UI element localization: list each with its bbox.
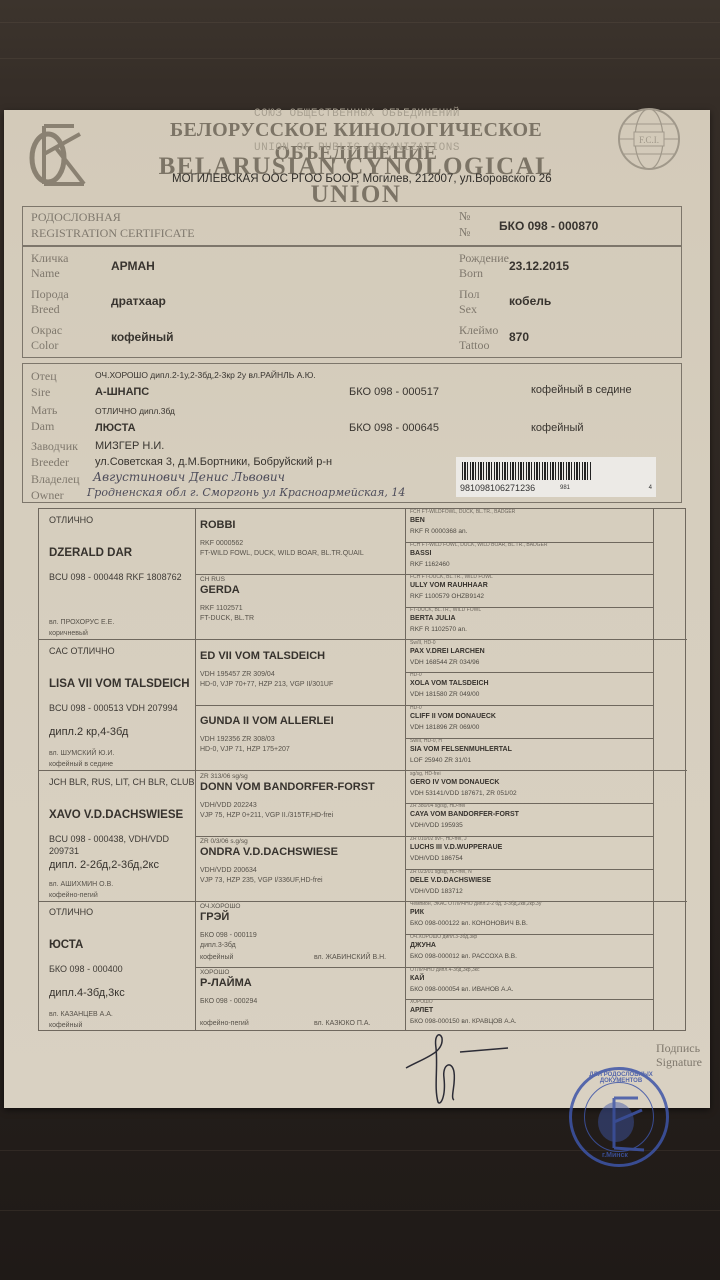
great-grandparent-name: ONDRA V.D.DACHSWIESE: [200, 846, 338, 858]
owner-label-en: Owner: [31, 488, 64, 503]
cert-title-ru: РОДОСЛОВНАЯ: [31, 210, 121, 225]
g3-name: BERTA JULIA: [410, 615, 456, 622]
g3-name: BEN: [410, 517, 425, 524]
dam-label-en: Dam: [31, 419, 54, 434]
grandparent-titles: ОТЛИЧНО: [49, 515, 93, 525]
g3-name: CLIFF II VOM DONAUECK: [410, 713, 496, 720]
g3-title: HD-0: [410, 705, 422, 711]
great-grandparent-title: ХОРОШО: [200, 968, 229, 977]
grandparent-name: XAVO V.D.DACHSWIESE: [49, 809, 183, 821]
owner-label: Владелец: [31, 472, 80, 487]
grandparent-owner: вл. ШУМСКИЙ Ю.И.: [49, 748, 114, 759]
great-grandparent-color: кофейный: [200, 953, 233, 963]
grandparent-diploma: дипл.2 кр,4-3бд: [49, 726, 128, 738]
address: МОГИЛЕВСКАЯ ООС РГОО БООР, Могилев, 2120…: [172, 173, 552, 185]
g3-name: SIA VOM FELSENMUHLERTAL: [410, 746, 512, 753]
great-grandparent-reg: БКО 098 - 000294: [200, 997, 257, 1007]
great-grandparent-owner: вл. ЖАБИНСКИЙ В.Н.: [314, 953, 386, 963]
great-grandparent-name: ГРЭЙ: [200, 911, 229, 923]
g3-reg: VDH 168544 ZR 034/96: [410, 659, 479, 666]
great-grandparent-info: VJP 73, HZP 235, VGP I/336UF,HD-frei: [200, 876, 323, 886]
sire-reg: БКО 098 - 000517: [349, 386, 439, 398]
great-grandparent-reg: VDH 195457 ZR 309/04: [200, 670, 275, 680]
grandparent-reg: BCU 098 - 000438, VDH/VDD 209731: [49, 833, 189, 857]
g3-title: sg/sg, HD-frei: [410, 771, 441, 777]
great-grandparent-info: HD-0, VJP 71, HZP 175+207: [200, 745, 290, 755]
g3-name: LUCHS III V.D.WUPPERAUE: [410, 844, 502, 851]
great-grandparent-reg: RKF 0000562: [200, 539, 243, 549]
dam-color: кофейный: [531, 422, 584, 434]
tattoo-label-en: Tattoo: [459, 338, 490, 353]
g3-reg: VDH/VDD 183712: [410, 888, 463, 895]
grandparent-color: кофейный: [49, 1020, 82, 1031]
g3-title: ОТЛИЧНО дипл.4-3бд,3кр,3кс: [410, 967, 480, 973]
certificate-number: БКО 098 - 000870: [499, 219, 598, 233]
owner-name-handwritten: Августинович Денис Львович: [93, 470, 285, 484]
g3-title: Sw/II, HD-0: [410, 640, 436, 646]
grandparent-reg: BCU 098 - 000448 RKF 1808762: [49, 571, 189, 583]
svg-text:F.C.I.: F.C.I.: [639, 135, 659, 145]
g3-reg: LOF 25940 ZR 31/01: [410, 757, 471, 764]
grandparent-diploma: дипл.4-3бд,3кс: [49, 987, 125, 999]
grandparent-diploma: дипл. 2-2бд,2-3бд,2кс: [49, 859, 159, 871]
name-label: Кличка: [31, 251, 68, 266]
official-stamp: ДЛЯ РОДОСЛОВНЫХ ДОКУМЕНТОВ г.Минск: [569, 1067, 669, 1167]
dog-sex: кобель: [509, 294, 551, 308]
dog-info-box: Кличка Name АРМАН Порода Breed дратхаар …: [22, 246, 682, 358]
grandparent-titles: JCH BLR, RUS, LIT, CH BLR, CLUB: [49, 777, 195, 787]
sire-titles: ОЧ.ХОРОШО дипл.2-1у,2-3бд,2-3кр 2у вл.РА…: [95, 370, 316, 380]
g3-reg: БКО 098-000122 вл. КОНОНОВИЧ В.В.: [410, 920, 528, 927]
g3-title: FCH FT-DUCK, BL.TR., WILD FOWL: [410, 574, 493, 580]
fci-globe-icon: F.C.I.: [616, 106, 682, 172]
signature-label: Подпись: [656, 1041, 700, 1055]
g3-name: PAX V.DREI LARCHEN: [410, 648, 485, 655]
g3-reg: VDH 53141/VDD 187671, ZR 051/02: [410, 790, 517, 797]
cert-title-en: REGISTRATION CERTIFICATE: [31, 226, 195, 241]
g3-name: ДЖУНА: [410, 942, 436, 949]
grandparent-name: DZERALD DAR: [49, 547, 132, 559]
breeder-address: ул.Советская 3, д.М.Бортники, Бобруйский…: [95, 456, 332, 468]
great-grandparent-name: ROBBI: [200, 519, 235, 531]
dam-reg: БКО 098 - 000645: [349, 422, 439, 434]
grandparent-name: ЮСТА: [49, 939, 83, 951]
g3-name: ULLY VOM RAUHHAAR: [410, 582, 488, 589]
dam-name: ЛЮСТА: [95, 422, 136, 434]
great-grandparent-info: FT-DUCK, BL.TR: [200, 614, 254, 624]
signature-label-en: Signature: [656, 1055, 702, 1069]
born-label-en: Born: [459, 266, 483, 281]
g3-reg: RKF 1162460: [410, 561, 450, 568]
great-grandparent-name: GERDA: [200, 584, 240, 596]
pedigree-table: ОТЛИЧНОDZERALD DARBCU 098 - 000448 RKF 1…: [38, 508, 686, 1031]
great-grandparent-info: дипл.3-3бд: [200, 941, 236, 951]
g3-title: HD-0: [410, 672, 422, 678]
g3-reg: БКО 098-000054 вл. ИВАНОВ А.А.: [410, 986, 513, 993]
g3-title: FT-DUCK, BL.TR., WILD FOWL: [410, 607, 481, 613]
g3-reg: VDH 181580 ZR 049/00: [410, 691, 479, 698]
dog-color: кофейный: [111, 330, 173, 344]
great-grandparent-info: FT-WILD FOWL, DUCK, WILD BOAR, BL.TR.QUA…: [200, 549, 364, 559]
microchip-barcode: 981098106271236 981 4: [456, 457, 656, 497]
g3-name: КАЙ: [410, 975, 424, 982]
breeder-name: МИЗГЕР Н.И.: [95, 440, 164, 452]
g3-reg: VDH/VDD 186754: [410, 855, 463, 862]
g3-name: XOLA VOM TALSDEICH: [410, 680, 489, 687]
g3-reg: VDH 181896 ZR 069/00: [410, 724, 479, 731]
color-label-en: Color: [31, 338, 58, 353]
breeder-label: Заводчик: [31, 439, 78, 454]
g3-name: CAYA VOM BANDORFER-FORST: [410, 811, 519, 818]
great-grandparent-title: ОЧ.ХОРОШО: [200, 902, 241, 911]
certificate-header-box: РОДОСЛОВНАЯ REGISTRATION CERTIFICATE № №…: [22, 206, 682, 246]
sire-color: кофейный в седине: [531, 384, 632, 396]
great-grandparent-name: GUNDA II VOM ALLERLEI: [200, 715, 334, 727]
g3-reg: RKF 1100579 OHZB9142: [410, 593, 484, 600]
breeder-label-en: Breeder: [31, 455, 69, 470]
great-grandparent-reg: VDH 192356 ZR 308/03: [200, 735, 275, 745]
grandparent-reg: BCU 098 - 000513 VDH 207994: [49, 702, 189, 714]
g3-title: FCH FT-WILDFOWL, DUCK, BL.TR., BADGER: [410, 509, 515, 515]
sire-name: А-ШНАПС: [95, 386, 149, 398]
g3-title: FCH FT-WILD FOWL, DUCK, WILD BOAR, BL.TR…: [410, 542, 548, 548]
g3-title: ZR 023/01 sg/sg, HD-frei, N: [410, 869, 472, 875]
grandparent-owner: вл. КАЗАНЦЕВ А.А.: [49, 1009, 113, 1020]
born-label: Рождение: [459, 251, 509, 266]
grandparent-owner: вл. АШИХМИН О.В.: [49, 879, 113, 890]
grandparent-color: кофейный в седине: [49, 759, 113, 770]
barcode-bars-icon: [462, 462, 592, 480]
dog-tattoo: 870: [509, 330, 529, 344]
breed-label: Порода: [31, 287, 69, 302]
sex-label: Пол: [459, 287, 480, 302]
g3-reg: БКО 098-000150 вл. КРАВЦОВ А.А.: [410, 1018, 517, 1025]
grandparent-titles: CAC ОТЛИЧНО: [49, 646, 115, 656]
g3-title: ХОРОШО: [410, 999, 433, 1005]
great-grandparent-reg: VDH/VDD 200634: [200, 866, 257, 876]
sire-label: Отец: [31, 369, 57, 384]
grandparent-owner: вл. ПРОХОРУС Е.Е.: [49, 617, 114, 628]
g3-title: Sw/II, HD-0, H: [410, 738, 442, 744]
g3-reg: RKF R 1102570 an.: [410, 626, 467, 633]
name-label-en: Name: [31, 266, 60, 281]
dog-name: АРМАН: [111, 259, 155, 273]
grandparent-color: кофейно-пегий: [49, 890, 98, 901]
great-grandparent-info: HD-0, VJP 70+77, HZP 213, VGP II/301UF: [200, 680, 333, 690]
great-grandparent-name: Р-ЛАЙМА: [200, 977, 252, 989]
great-grandparent-color: кофейно-пегий: [200, 1019, 249, 1029]
dog-born: 23.12.2015: [509, 259, 569, 273]
great-grandparent-title: ZR 0/3/06 s.g/sg: [200, 837, 248, 846]
tattoo-label: Клеймо: [459, 323, 498, 338]
g3-name: РИК: [410, 909, 424, 916]
g3-reg: БКО 098-000012 вл. РАССОХА В.В.: [410, 953, 517, 960]
great-grandparent-reg: VDH/VDD 202243: [200, 801, 257, 811]
g3-reg: RKF R 0000368 an.: [410, 528, 467, 535]
grandparent-reg: БКО 098 - 000400: [49, 963, 189, 975]
g3-name: BASSI: [410, 550, 431, 557]
great-grandparent-reg: RKF 1102571: [200, 604, 243, 614]
great-grandparent-reg: БКО 098 - 000119: [200, 931, 257, 941]
g3-name: DELE V.D.DACHSWIESE: [410, 877, 491, 884]
g3-name: АРЛЕТ: [410, 1007, 433, 1014]
dam-titles: ОТЛИЧНО дипл.3бд: [95, 406, 175, 416]
great-grandparent-title: ZR 313/06 sg/sg: [200, 772, 248, 781]
grandparent-name: LISA VII VOM TALSDEICH: [49, 678, 190, 690]
signature-scribble-icon: [404, 1028, 524, 1108]
grandparent-color: коричневый: [49, 628, 88, 639]
dog-breed: дратхаар: [111, 294, 166, 308]
dam-label: Мать: [31, 403, 57, 418]
great-grandparent-info: VJP 75, HZP 0+211, VGP II./315TF,HD-frei: [200, 811, 333, 821]
stamp-text-bottom: г.Минск: [602, 1152, 628, 1159]
great-grandparent-name: ED VII VOM TALSDEICH: [200, 650, 325, 662]
g3-title: ZR 010/02 sv/-, HD-frei, J: [410, 836, 467, 842]
g3-reg: VDH/VDD 195935: [410, 822, 463, 829]
chip-suffix: 981: [560, 485, 570, 491]
breed-label-en: Breed: [31, 302, 60, 317]
grandparent-titles: ОТЛИЧНО: [49, 907, 93, 917]
chip-extra: 4: [649, 485, 652, 491]
pedigree-document: СОЮЗ ОБЩЕСТВЕННЫХ ОБЪЕДИНЕНИЙ БЕЛОРУССКО…: [4, 110, 710, 1108]
great-grandparent-owner: вл. КАЗЮКО П.А.: [314, 1019, 370, 1029]
g3-title: Чемпион, ЭКАС ОТЛИЧНО дипл.2-2 бд, 3-3бд…: [410, 901, 541, 907]
sire-label-en: Sire: [31, 385, 50, 400]
g3-name: GERO IV VOM DONAUECK: [410, 779, 499, 786]
great-grandparent-name: DONN VOM BANDORFER-FORST: [200, 781, 375, 793]
sex-label-en: Sex: [459, 302, 477, 317]
owner-address-handwritten: Гродненская обл г. Сморгонь ул Красноарм…: [87, 486, 405, 499]
number-label-en: №: [459, 225, 470, 240]
great-grandparent-title: CH RUS: [200, 575, 225, 584]
g3-title: ZR 380/04 sg/sg, HD-frei: [410, 803, 465, 809]
number-label: №: [459, 209, 470, 224]
chip-number: 981098106271236: [460, 483, 535, 493]
color-label: Окрас: [31, 323, 62, 338]
g3-title: ОЧ.ХОРОШО дипл.3-3бд,3кр: [410, 934, 477, 940]
stamp-text-top: ДЛЯ РОДОСЛОВНЫХ ДОКУМЕНТОВ: [586, 1072, 656, 1084]
